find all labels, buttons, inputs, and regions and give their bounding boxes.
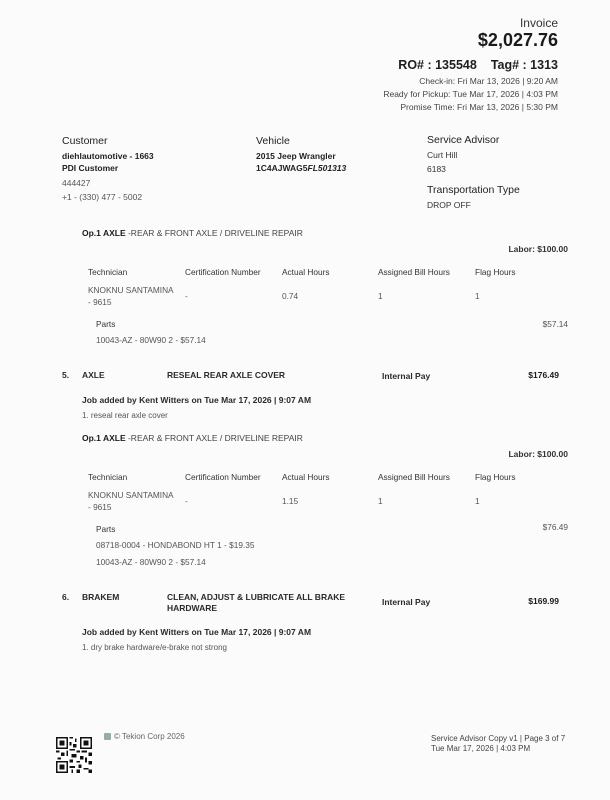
assigned-bill-hours-cell: 1 bbox=[378, 495, 383, 507]
ro-number: RO# : 135548 bbox=[398, 58, 477, 72]
parts-total: $57.14 bbox=[543, 319, 568, 329]
copy-page-info: Service Advisor Copy v1 | Page 3 of 7 bbox=[431, 734, 565, 744]
part-item: 10043-AZ - 80W90 2 - $57.14 bbox=[96, 335, 206, 345]
job-number: 5. bbox=[62, 370, 69, 380]
parts-total: $76.49 bbox=[543, 522, 568, 532]
service-advisor-section: Service Advisor Curt Hill 6183 Transport… bbox=[427, 134, 520, 211]
op-line: Op.1 AXLE -REAR & FRONT AXLE / DRIVELINE… bbox=[82, 228, 303, 238]
job-code: BRAKEM bbox=[82, 592, 119, 602]
customer-section: Customer diehlautomotive - 1663 PDI Cust… bbox=[62, 135, 154, 203]
invoice-label: Invoice bbox=[520, 16, 558, 30]
certification-cell: - bbox=[185, 495, 188, 507]
actual-hours-cell: 0.74 bbox=[282, 290, 298, 302]
job-note: 1. dry brake hardware/e-brake not strong bbox=[82, 643, 227, 652]
job-pay-type: Internal Pay bbox=[382, 371, 430, 381]
customer-phone: +1 - (330) 477 - 5002 bbox=[62, 191, 154, 203]
footer-info: Service Advisor Copy v1 | Page 3 of 7 Tu… bbox=[431, 734, 565, 754]
copyright: © Tekion Corp 2026 bbox=[104, 732, 185, 741]
job-pay-type: Internal Pay bbox=[382, 597, 430, 607]
vehicle-description: 2015 Jeep Wrangler bbox=[256, 150, 346, 162]
th-assigned-bill-hours: Assigned Bill Hours bbox=[378, 472, 450, 482]
th-flag-hours: Flag Hours bbox=[475, 472, 516, 482]
transportation-value: DROP OFF bbox=[427, 199, 520, 211]
service-advisor-id: 6183 bbox=[427, 163, 520, 175]
technician-cell: KNOKNU SANTAMINA- 9615 bbox=[88, 284, 174, 308]
customer-type: PDI Customer bbox=[62, 162, 154, 174]
th-certification: Certification Number bbox=[185, 267, 261, 277]
th-actual-hours: Actual Hours bbox=[282, 267, 330, 277]
service-advisor-title: Service Advisor bbox=[427, 134, 520, 146]
certification-cell: - bbox=[185, 290, 188, 302]
ready-for-pickup-time: Ready for Pickup: Tue Mar 17, 2026 | 4:0… bbox=[383, 89, 558, 99]
qr-code-icon bbox=[56, 737, 92, 773]
flag-hours-cell: 1 bbox=[475, 290, 480, 302]
th-technician: Technician bbox=[88, 267, 127, 277]
invoice-total: $2,027.76 bbox=[478, 30, 558, 51]
tekion-logo-icon bbox=[104, 733, 111, 740]
vin-prefix: 1C4AJWAG5 bbox=[256, 163, 308, 173]
tag-number: Tag# : 1313 bbox=[491, 58, 558, 72]
th-certification: Certification Number bbox=[185, 472, 261, 482]
customer-name: diehlautomotive - 1663 bbox=[62, 150, 154, 162]
th-actual-hours: Actual Hours bbox=[282, 472, 330, 482]
assigned-bill-hours-cell: 1 bbox=[378, 290, 383, 302]
ro-tag-line: RO# : 135548Tag# : 1313 bbox=[398, 58, 558, 72]
labor-amount: Labor: $100.00 bbox=[508, 449, 568, 459]
vehicle-title: Vehicle bbox=[256, 135, 346, 147]
parts-label: Parts bbox=[96, 524, 115, 534]
th-flag-hours: Flag Hours bbox=[475, 267, 516, 277]
job-description: CLEAN, ADJUST & LUBRICATE ALL BRAKEHARDW… bbox=[167, 592, 345, 614]
customer-id: 444427 bbox=[62, 177, 154, 189]
actual-hours-cell: 1.15 bbox=[282, 495, 298, 507]
job-description: RESEAL REAR AXLE COVER bbox=[167, 370, 285, 380]
op-line: Op.1 AXLE -REAR & FRONT AXLE / DRIVELINE… bbox=[82, 433, 303, 443]
part-item: 10043-AZ - 80W90 2 - $57.14 bbox=[96, 557, 206, 567]
vehicle-vin: 1C4AJWAG5FL501313 bbox=[256, 162, 346, 174]
customer-title: Customer bbox=[62, 135, 154, 147]
part-item: 08718-0004 - HONDABOND HT 1 - $19.35 bbox=[96, 540, 254, 550]
job-note: 1. reseal rear axle cover bbox=[82, 411, 168, 420]
th-assigned-bill-hours: Assigned Bill Hours bbox=[378, 267, 450, 277]
job-number: 6. bbox=[62, 592, 69, 602]
vin-suffix: FL501313 bbox=[308, 163, 347, 173]
flag-hours-cell: 1 bbox=[475, 495, 480, 507]
promise-time: Promise Time: Fri Mar 13, 2026 | 5:30 PM bbox=[400, 102, 558, 112]
job-amount: $176.49 bbox=[528, 370, 559, 380]
job-code: AXLE bbox=[82, 370, 105, 380]
job-added-by: Job added by Kent Witters on Tue Mar 17,… bbox=[82, 627, 311, 637]
check-in-time: Check-in: Fri Mar 13, 2026 | 9:20 AM bbox=[419, 76, 558, 86]
job-amount: $169.99 bbox=[528, 596, 559, 606]
service-advisor-name: Curt Hill bbox=[427, 149, 520, 161]
technician-cell: KNOKNU SANTAMINA- 9615 bbox=[88, 489, 174, 513]
job-added-by: Job added by Kent Witters on Tue Mar 17,… bbox=[82, 395, 311, 405]
transportation-title: Transportation Type bbox=[427, 184, 520, 196]
vehicle-section: Vehicle 2015 Jeep Wrangler 1C4AJWAG5FL50… bbox=[256, 135, 346, 174]
printed-time: Tue Mar 17, 2026 | 4:03 PM bbox=[431, 744, 565, 754]
labor-amount: Labor: $100.00 bbox=[508, 244, 568, 254]
parts-label: Parts bbox=[96, 319, 115, 329]
th-technician: Technician bbox=[88, 472, 127, 482]
